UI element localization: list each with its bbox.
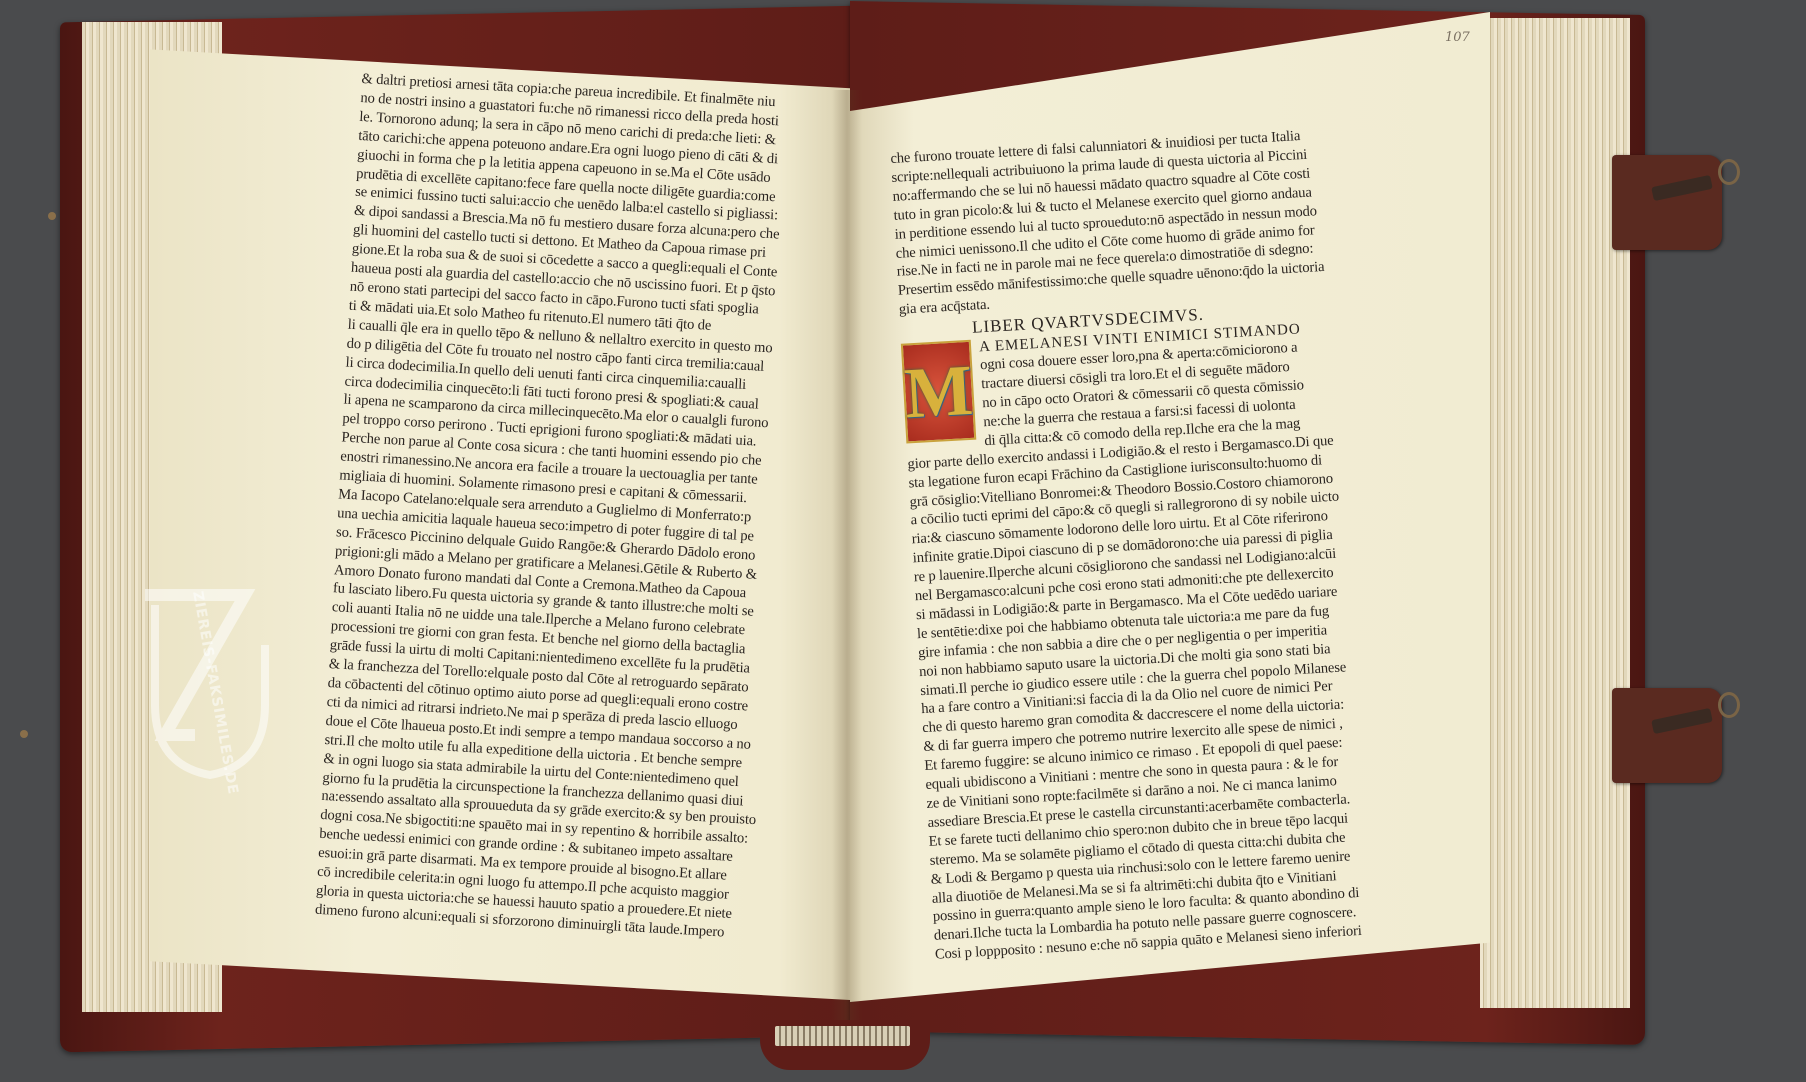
clasp-plate-icon <box>1651 175 1713 201</box>
clasp-plate-icon <box>1651 708 1713 734</box>
cover-pin-icon <box>48 212 56 220</box>
headband <box>775 1026 910 1046</box>
illuminated-initial: M <box>901 340 976 444</box>
page-edges-right <box>1480 18 1630 1008</box>
folio-number: 107 <box>1445 30 1470 45</box>
clasp-lower[interactable] <box>1612 688 1722 783</box>
clasp-ring-icon <box>1718 159 1740 185</box>
clasp-ring-icon <box>1718 692 1740 718</box>
gutter <box>832 90 862 1020</box>
clasp-upper[interactable] <box>1612 155 1722 250</box>
left-page-text: & daltri pretiosi arnesi tāta copia:che … <box>315 70 802 944</box>
right-page-text: che furono trouate lettere di falsi calu… <box>890 124 1395 965</box>
initial-letter: M <box>903 342 974 442</box>
cover-pin-icon <box>20 730 28 738</box>
